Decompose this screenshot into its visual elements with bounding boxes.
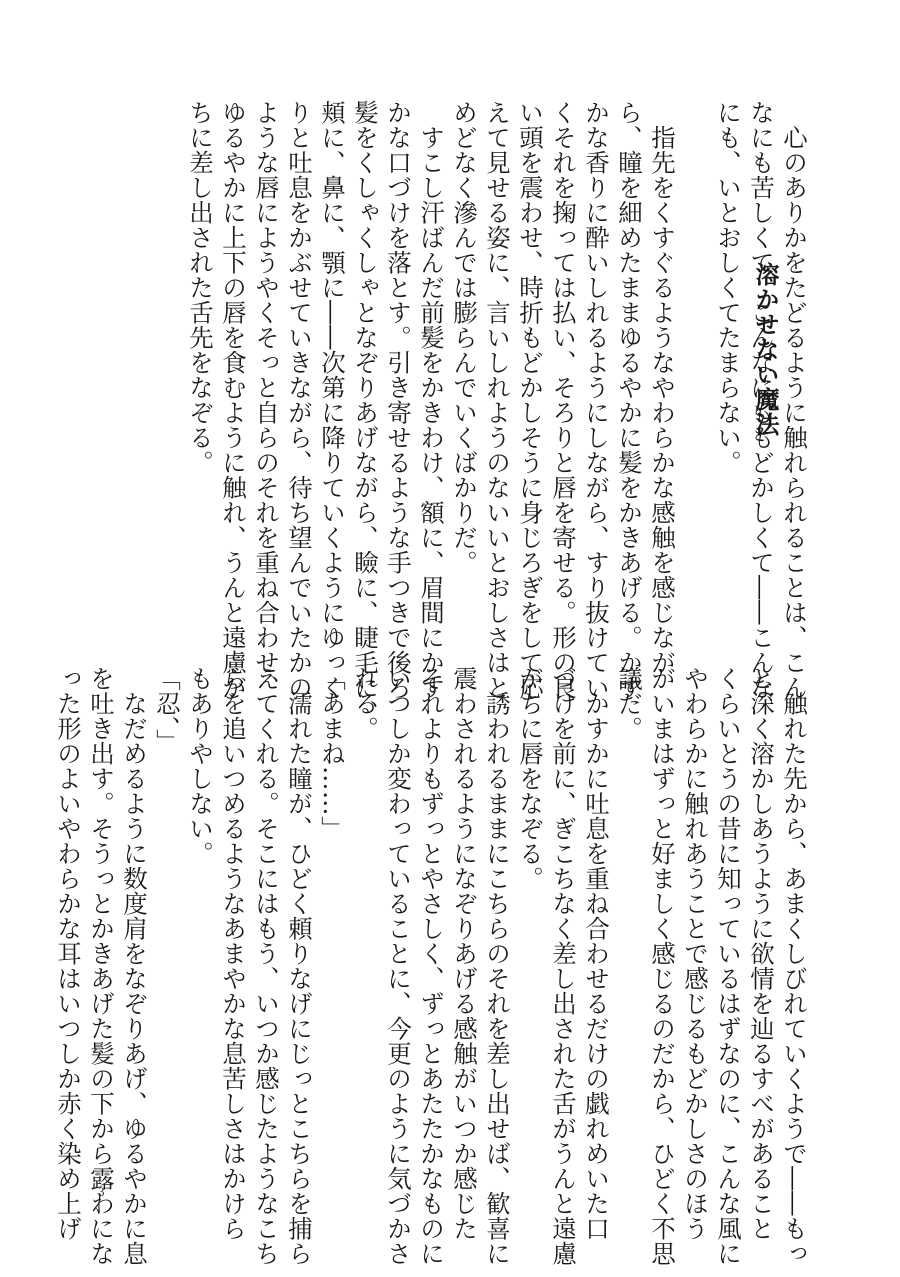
text-column: ような唇にようやくそっと自らのそれを重ね合わせ、 xyxy=(250,100,283,630)
text-column: なにも苦しくて、こんなにももどかしくて――こんな xyxy=(745,100,778,630)
text-column: くそれを掬っては払い、そろりと唇を寄せる。形の良 xyxy=(547,100,580,630)
text-column: 誘われるままにこちらのそれを差し出せば、歓喜に xyxy=(481,666,514,1156)
text-column: を吐き出す。そうっとかきあげた髪の下から露わにな xyxy=(85,666,118,1156)
text-column: りと吐息をかぶせていきながら、待ち望んでいたかの xyxy=(283,100,316,630)
text-column: れる。 xyxy=(349,666,382,1156)
text-column: 触れた先から、あまくしびれていくようで――もっ xyxy=(778,666,811,1156)
text-column: なだめるように数度肩をなぞりあげ、ゆるやかに息 xyxy=(118,666,151,1156)
page-number: 3 xyxy=(98,1184,105,1200)
text-block-top: 心のありかをたどるように触れられることは、こんなにも苦しくて、こんなにももどかし… xyxy=(184,100,811,630)
text-column: らを追いつめるようなあまやかな息苦しさはかけら xyxy=(217,666,250,1156)
text-column: がちに唇をなぞる。 xyxy=(514,666,547,1156)
text-column: 指先をくすぐるようなやわらかな感触を感じなが xyxy=(646,100,679,630)
book-page: 溶かせない魔法 心のありかをたどるように触れられることは、こんなにも苦しくて、こ… xyxy=(0,0,900,1277)
text-column: にも、いとおしくてたまらない。 xyxy=(712,100,745,630)
text-column: くらいとうの昔に知っているはずなのに、こんな風に xyxy=(712,666,745,1156)
text-column: ちに差し出された舌先をなぞる。 xyxy=(184,100,217,630)
text-column: めどなく滲んでは膨らんでいくばかりだ。 xyxy=(448,100,481,630)
text-column: やわらかに触れあうことで感じるもどかしさのほう xyxy=(679,666,712,1156)
text-column: 濡れた瞳が、ひどく頼りなげにじっとこちらを捕ら xyxy=(283,666,316,1156)
text-column: い頭を震わせ、時折もどかしそうに身じろぎをして応 xyxy=(514,100,547,630)
text-column: もありやしない。 xyxy=(184,666,217,1156)
text-column: ゆるやかに上下の唇を食むように触れ、うんと遠慮が xyxy=(217,100,250,630)
text-column: った形のよいやわらかな耳はいつしか赤く染め上げ xyxy=(52,666,85,1156)
text-block-bottom: 触れた先から、あまくしびれていくようで――もっと深く溶かしあうように欲情を辿るす… xyxy=(52,666,811,1156)
text-column: 髪をくしゃくしゃとなぞりあげながら、瞼に、睫毛に、 xyxy=(349,100,382,630)
text-column: 「あまね……」 xyxy=(316,666,349,1156)
text-column: がいまはずっと好ましく感じるのだから、ひどく不思 xyxy=(646,666,679,1156)
text-column: 心のありかをたどるように触れられることは、こん xyxy=(778,100,811,630)
text-column: 頬に、鼻に、顎に――次第に降りていくようにゆっく xyxy=(316,100,349,630)
text-column: えてくれる。そこにはもう、いつか感じたようなこち xyxy=(250,666,283,1156)
text-column: ら、瞳を細めたままゆるやかに髪をかきあげる。かす xyxy=(613,100,646,630)
text-column: と深く溶かしあうように欲情を辿るすべがあること xyxy=(745,666,778,1156)
text-column: いつしか変わっていることに、今更のように気づかさ xyxy=(382,666,415,1156)
text-column xyxy=(679,100,712,630)
text-column: それよりもずっとやさしく、ずっとあたたかなものに xyxy=(415,666,448,1156)
text-column: すこし汗ばんだ前髪をかきわけ、額に、眉間にかす xyxy=(415,100,448,630)
text-column: かな口づけを落とす。引き寄せるような手つきで後ろ xyxy=(382,100,415,630)
text-column: 議だ。 xyxy=(613,666,646,1156)
text-column: 「忍、」 xyxy=(151,666,184,1156)
text-column: かな香りに酔いしれるようにしながら、すり抜けてい xyxy=(580,100,613,630)
text-column: 震わされるようになぞりあげる感触がいつか感じた xyxy=(448,666,481,1156)
text-column: かすかに吐息を重ね合わせるだけの戯れめいた口 xyxy=(580,666,613,1156)
text-column: づけを前に、ぎこちなく差し出された舌がうんと遠慮 xyxy=(547,666,580,1156)
text-column: えて見せる姿に、言いしれようのないいとおしさはと xyxy=(481,100,514,630)
